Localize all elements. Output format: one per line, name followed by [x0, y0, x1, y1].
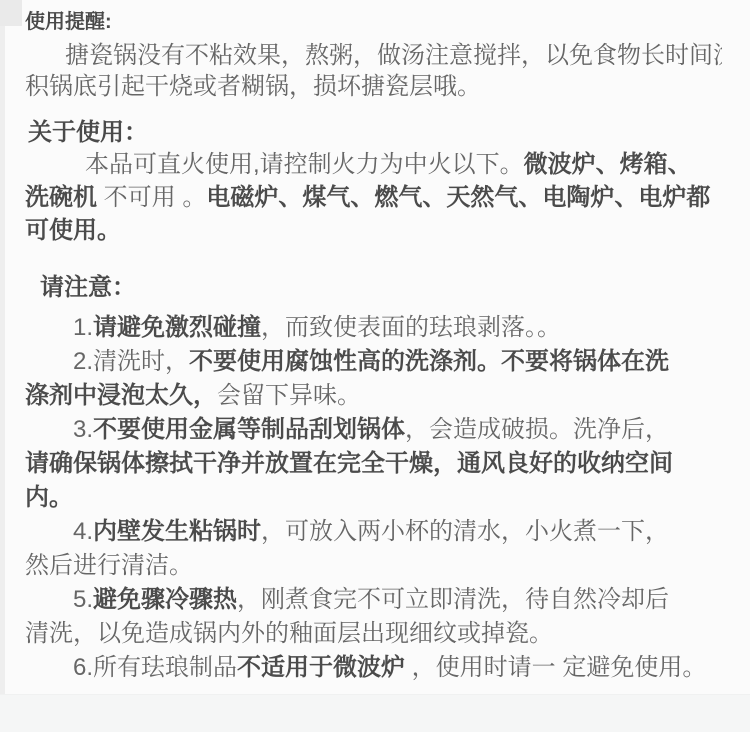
text-line: 6.所有珐琅制品不适用于微波炉 ，使用时请一 定避免使用。	[25, 651, 722, 685]
body-text: ，可放入两小杯的清水，小火煮一下，	[261, 518, 669, 545]
text-line: 涤剂中浸泡太久，会留下异味。	[25, 379, 722, 413]
body-text: 然后进行清洁。	[25, 552, 193, 579]
body-text: ，刚煮食完不可立即清洗，待自然冷却后	[237, 586, 669, 613]
text-line: 然后进行清洁。	[25, 549, 722, 583]
page-content: 使用提醒: 搪瓷锅没有不粘效果，熬粥，做汤注意搅拌，以免食物长时间沉积锅底引起干…	[0, 0, 750, 685]
text-line: 积锅底引起干烧或者糊锅，损坏搪瓷层哦。	[25, 71, 722, 102]
emphasis-text: 不要使用金属等制品刮划锅体	[93, 416, 405, 443]
body-text: 本品可直火使用,请控制火力为中火以下。	[85, 151, 524, 178]
notes-section: 请注意： 1.请避免激烈碰撞，而致使表面的珐琅剥落。。2.清洗时，不要使用腐蚀性…	[25, 273, 722, 685]
emphasis-text: 微波炉、烤箱、	[524, 151, 692, 178]
text-line: 可使用。	[25, 214, 722, 247]
text-line: 4.内壁发生粘锅时，可放入两小杯的清水，小火煮一下，	[25, 515, 722, 549]
text-line: 搪瓷锅没有不粘效果，熬粥，做汤注意搅拌，以免食物长时间沉	[25, 40, 722, 71]
usage-reminder-title: 使用提醒:	[25, 8, 722, 36]
text-line: 请确保锅体擦拭干净并放置在完全干燥，通风良好的收纳空间	[25, 447, 722, 481]
footer-band	[0, 694, 750, 732]
body-text: 不可用 。	[97, 184, 206, 211]
emphasis-text: 不要使用腐蚀性高的洗涤剂。不要将锅体在洗	[189, 348, 669, 375]
notes-title: 请注意：	[25, 273, 722, 303]
usage-reminder-paragraph: 搪瓷锅没有不粘效果，熬粥，做汤注意搅拌，以免食物长时间沉积锅底引起干烧或者糊锅，…	[25, 40, 722, 102]
emphasis-text: 不适用于微波炉	[237, 654, 405, 681]
emphasis-text: 电磁炉、煤气、燃气、天然气、电陶炉、电炉都	[206, 184, 710, 211]
about-use-section: 关于使用： 本品可直火使用,请控制火力为中火以下。微波炉、烤箱、洗碗机 不可用 …	[25, 118, 722, 247]
body-text: ，使用时请一 定避免使用。	[405, 654, 706, 681]
emphasis-text: 可使用。	[25, 217, 121, 244]
body-text: 6.所有珐琅制品	[73, 654, 237, 681]
emphasis-text: 洗碗机	[25, 184, 97, 211]
text-line: 洗碗机 不可用 。电磁炉、煤气、燃气、天然气、电陶炉、电炉都	[25, 181, 722, 214]
about-use-paragraph: 本品可直火使用,请控制火力为中火以下。微波炉、烤箱、洗碗机 不可用 。电磁炉、煤…	[25, 148, 722, 247]
text-line: 清洗，以免造成锅内外的釉面层出现细纹或掉瓷。	[25, 617, 722, 651]
notes-list: 1.请避免激烈碰撞，而致使表面的珐琅剥落。。2.清洗时，不要使用腐蚀性高的洗涤剂…	[25, 311, 722, 685]
text-line: 本品可直火使用,请控制火力为中火以下。微波炉、烤箱、	[25, 148, 722, 181]
text-line: 3.不要使用金属等制品刮划锅体，会造成破损。洗净后，	[25, 413, 722, 447]
usage-reminder-section: 使用提醒: 搪瓷锅没有不粘效果，熬粥，做汤注意搅拌，以免食物长时间沉积锅底引起干…	[25, 8, 722, 102]
body-text: 4.	[73, 518, 93, 545]
text-line: 1.请避免激烈碰撞，而致使表面的珐琅剥落。。	[25, 311, 722, 345]
emphasis-text: 避免骤冷骤热	[93, 586, 237, 613]
text-line: 5.避免骤冷骤热，刚煮食完不可立即清洗，待自然冷却后	[25, 583, 722, 617]
text-line: 内。	[25, 481, 722, 515]
body-text: ，会造成破损。洗净后，	[405, 416, 669, 443]
emphasis-text: 内。	[25, 484, 73, 511]
emphasis-text: 内壁发生粘锅时	[93, 518, 261, 545]
body-text: 3.	[73, 416, 93, 443]
body-text: 会留下异味。	[217, 382, 361, 409]
emphasis-text: 请确保锅体擦拭干净并放置在完全干燥，通风良好的收纳空间	[25, 450, 673, 477]
body-text: 清洗，以免造成锅内外的釉面层出现细纹或掉瓷。	[25, 620, 553, 647]
emphasis-text: 涤剂中浸泡太久，	[25, 382, 217, 409]
about-use-title: 关于使用：	[25, 118, 722, 148]
body-text: 1.	[73, 314, 93, 341]
body-text: 积锅底引起干烧或者糊锅，损坏搪瓷层哦。	[25, 73, 481, 100]
body-text: 2.清洗时，	[73, 348, 189, 375]
product-usage-notice-page: 使用提醒: 搪瓷锅没有不粘效果，熬粥，做汤注意搅拌，以免食物长时间沉积锅底引起干…	[0, 0, 750, 732]
body-text: 搪瓷锅没有不粘效果，熬粥，做汤注意搅拌，以免食物长时间沉	[65, 42, 722, 69]
body-text: ，而致使表面的珐琅剥落。。	[261, 314, 561, 341]
body-text: 5.	[73, 586, 93, 613]
emphasis-text: 请避免激烈碰撞	[93, 314, 261, 341]
text-line: 2.清洗时，不要使用腐蚀性高的洗涤剂。不要将锅体在洗	[25, 345, 722, 379]
